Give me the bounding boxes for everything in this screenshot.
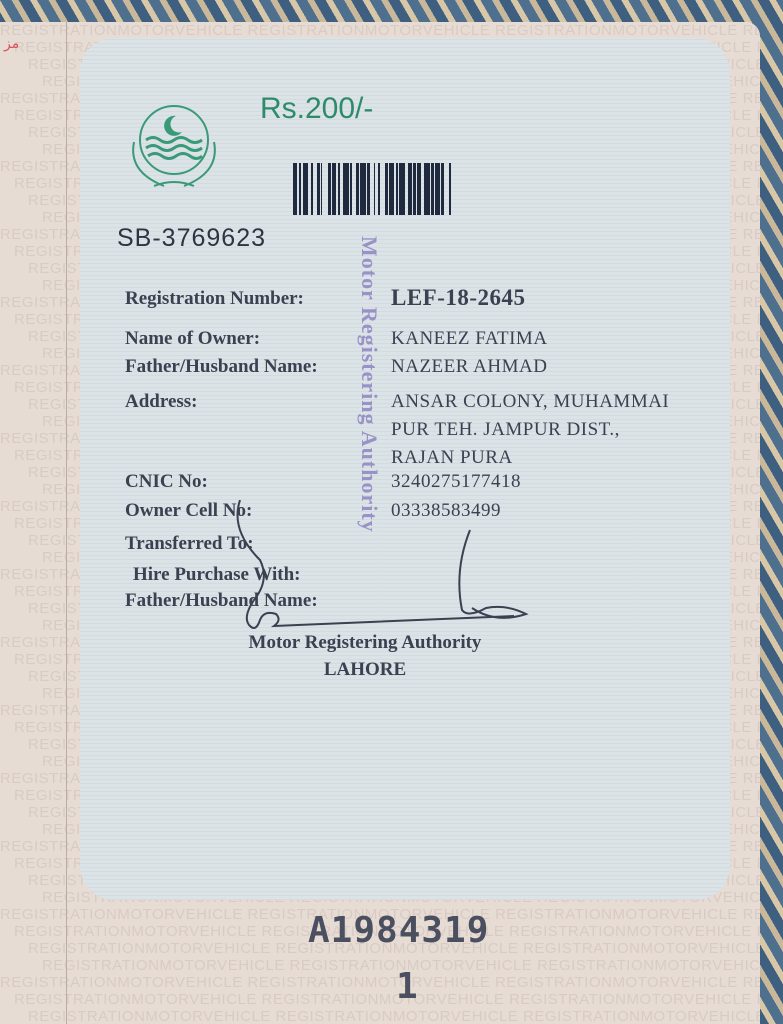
field-label: Registration Number: (125, 288, 304, 310)
field-label: Father/Husband Name: (125, 356, 318, 378)
fee-amount: Rs.200/- (260, 92, 373, 126)
field-value: LEF-18-2645 (391, 285, 526, 311)
serial-number: SB-3769623 (117, 224, 266, 253)
field-value: NAZEER AHMAD (391, 356, 547, 378)
page-fold-strip (0, 22, 67, 1024)
field-value: PUR TEH. JAMPUR DIST., (391, 419, 620, 441)
field-value: RAJAN PURA (391, 447, 513, 469)
authority-stamp: Motor Registering Authority (356, 236, 382, 533)
handwritten-mark: مز (4, 36, 19, 52)
field-value: 3240275177418 (391, 471, 521, 493)
field-value: KANEEZ FATIMA (391, 328, 548, 350)
field-label: Address: (125, 391, 198, 413)
barcode (293, 163, 669, 215)
authority-name: Motor Registering Authority (0, 632, 730, 654)
signature (200, 500, 540, 640)
field-label: CNIC No: (125, 471, 208, 493)
field-label: Name of Owner: (125, 328, 260, 350)
page-number: 1 (396, 966, 418, 1007)
field-value: ANSAR COLONY, MUHAMMAI (391, 391, 669, 413)
control-number: A1984319 (308, 910, 489, 951)
punjab-emblem-icon (124, 102, 224, 192)
authority-city: LAHORE (0, 659, 730, 681)
